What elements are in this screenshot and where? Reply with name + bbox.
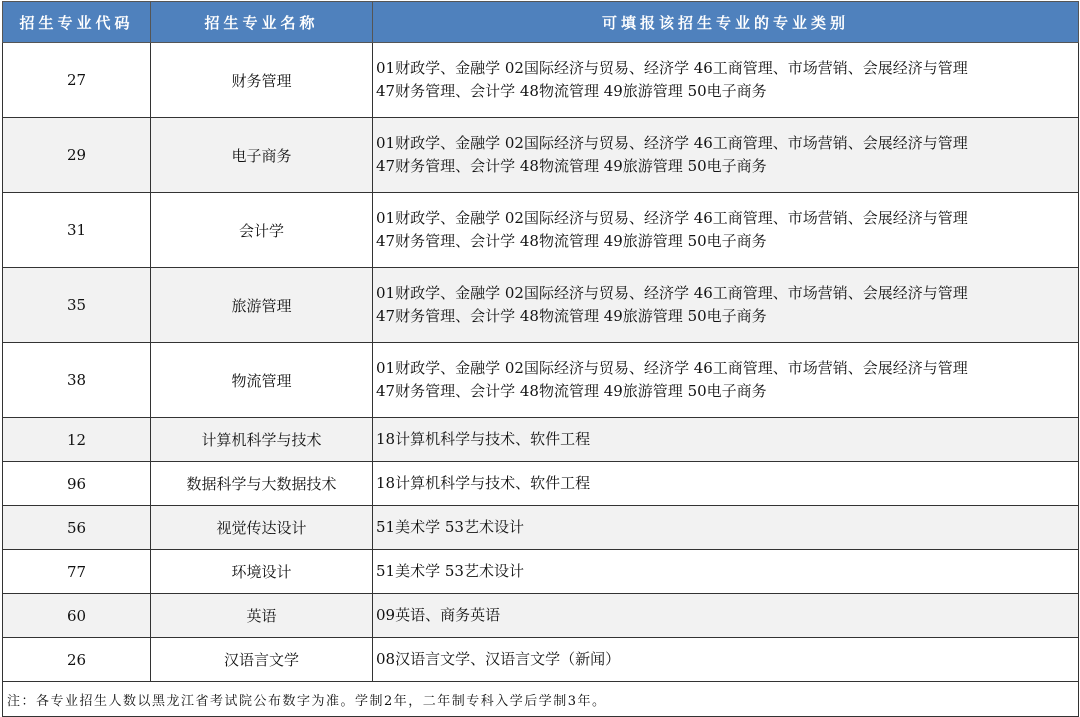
- major-code: 96: [3, 462, 151, 506]
- major-name: 环境设计: [151, 550, 373, 594]
- eligible-categories: 01财政学、金融学 02国际经济与贸易、经济学 46工商管理、市场营销、会展经济…: [373, 343, 1079, 418]
- major-name: 财务管理: [151, 43, 373, 118]
- major-code: 29: [3, 118, 151, 193]
- categories-line: 47财务管理、会计学 48物流管理 49旅游管理 50电子商务: [376, 230, 1077, 253]
- table-row: 29 电子商务 01财政学、金融学 02国际经济与贸易、经济学 46工商管理、市…: [3, 118, 1079, 193]
- categories-line: 01财政学、金融学 02国际经济与贸易、经济学 46工商管理、市场营销、会展经济…: [376, 282, 1077, 305]
- table-row: 31 会计学 01财政学、金融学 02国际经济与贸易、经济学 46工商管理、市场…: [3, 193, 1079, 268]
- eligible-categories: 09英语、商务英语: [373, 594, 1079, 638]
- categories-line: 01财政学、金融学 02国际经济与贸易、经济学 46工商管理、市场营销、会展经济…: [376, 132, 1077, 155]
- major-code: 35: [3, 268, 151, 343]
- eligible-categories: 18计算机科学与技术、软件工程: [373, 418, 1079, 462]
- header-categories: 可填报该招生专业的专业类别: [373, 2, 1079, 43]
- header-code: 招生专业代码: [3, 2, 151, 43]
- major-code: 31: [3, 193, 151, 268]
- categories-line: 47财务管理、会计学 48物流管理 49旅游管理 50电子商务: [376, 380, 1077, 403]
- categories-line: 47财务管理、会计学 48物流管理 49旅游管理 50电子商务: [376, 80, 1077, 103]
- eligible-categories: 01财政学、金融学 02国际经济与贸易、经济学 46工商管理、市场营销、会展经济…: [373, 118, 1079, 193]
- categories-line: 01财政学、金融学 02国际经济与贸易、经济学 46工商管理、市场营销、会展经济…: [376, 57, 1077, 80]
- categories-line: 47财务管理、会计学 48物流管理 49旅游管理 50电子商务: [376, 155, 1077, 178]
- major-name: 数据科学与大数据技术: [151, 462, 373, 506]
- table-row: 26 汉语言文学 08汉语言文学、汉语言文学（新闻）: [3, 638, 1079, 682]
- header-row: 招生专业代码 招生专业名称 可填报该招生专业的专业类别: [3, 2, 1079, 43]
- major-code: 26: [3, 638, 151, 682]
- major-code: 12: [3, 418, 151, 462]
- table-row: 60 英语 09英语、商务英语: [3, 594, 1079, 638]
- note-row: 注：各专业招生人数以黑龙江省考试院公布数字为准。学制2年，二年制专科入学后学制3…: [3, 682, 1079, 700]
- categories-line: 47财务管理、会计学 48物流管理 49旅游管理 50电子商务: [376, 305, 1077, 328]
- major-code: 56: [3, 506, 151, 550]
- major-name: 物流管理: [151, 343, 373, 418]
- table-row: 35 旅游管理 01财政学、金融学 02国际经济与贸易、经济学 46工商管理、市…: [3, 268, 1079, 343]
- eligible-categories: 01财政学、金融学 02国际经济与贸易、经济学 46工商管理、市场营销、会展经济…: [373, 268, 1079, 343]
- admission-majors-table: 招生专业代码 招生专业名称 可填报该招生专业的专业类别 27 财务管理 01财政…: [2, 1, 1079, 699]
- major-name: 计算机科学与技术: [151, 418, 373, 462]
- major-name: 电子商务: [151, 118, 373, 193]
- table-row: 77 环境设计 51美术学 53艺术设计: [3, 550, 1079, 594]
- table-row: 38 物流管理 01财政学、金融学 02国际经济与贸易、经济学 46工商管理、市…: [3, 343, 1079, 418]
- table-row: 12 计算机科学与技术 18计算机科学与技术、软件工程: [3, 418, 1079, 462]
- categories-line: 01财政学、金融学 02国际经济与贸易、经济学 46工商管理、市场营销、会展经济…: [376, 357, 1077, 380]
- major-code: 38: [3, 343, 151, 418]
- major-name: 会计学: [151, 193, 373, 268]
- major-code: 60: [3, 594, 151, 638]
- footnote: 注：各专业招生人数以黑龙江省考试院公布数字为准。学制2年，二年制专科入学后学制3…: [3, 682, 1079, 700]
- major-name: 汉语言文学: [151, 638, 373, 682]
- eligible-categories: 08汉语言文学、汉语言文学（新闻）: [373, 638, 1079, 682]
- table-row: 56 视觉传达设计 51美术学 53艺术设计: [3, 506, 1079, 550]
- eligible-categories: 18计算机科学与技术、软件工程: [373, 462, 1079, 506]
- table-row: 27 财务管理 01财政学、金融学 02国际经济与贸易、经济学 46工商管理、市…: [3, 43, 1079, 118]
- categories-line: 01财政学、金融学 02国际经济与贸易、经济学 46工商管理、市场营销、会展经济…: [376, 207, 1077, 230]
- eligible-categories: 51美术学 53艺术设计: [373, 550, 1079, 594]
- table-row: 96 数据科学与大数据技术 18计算机科学与技术、软件工程: [3, 462, 1079, 506]
- major-name: 英语: [151, 594, 373, 638]
- major-code: 27: [3, 43, 151, 118]
- major-name: 旅游管理: [151, 268, 373, 343]
- eligible-categories: 01财政学、金融学 02国际经济与贸易、经济学 46工商管理、市场营销、会展经济…: [373, 193, 1079, 268]
- major-name: 视觉传达设计: [151, 506, 373, 550]
- header-name: 招生专业名称: [151, 2, 373, 43]
- eligible-categories: 51美术学 53艺术设计: [373, 506, 1079, 550]
- major-code: 77: [3, 550, 151, 594]
- eligible-categories: 01财政学、金融学 02国际经济与贸易、经济学 46工商管理、市场营销、会展经济…: [373, 43, 1079, 118]
